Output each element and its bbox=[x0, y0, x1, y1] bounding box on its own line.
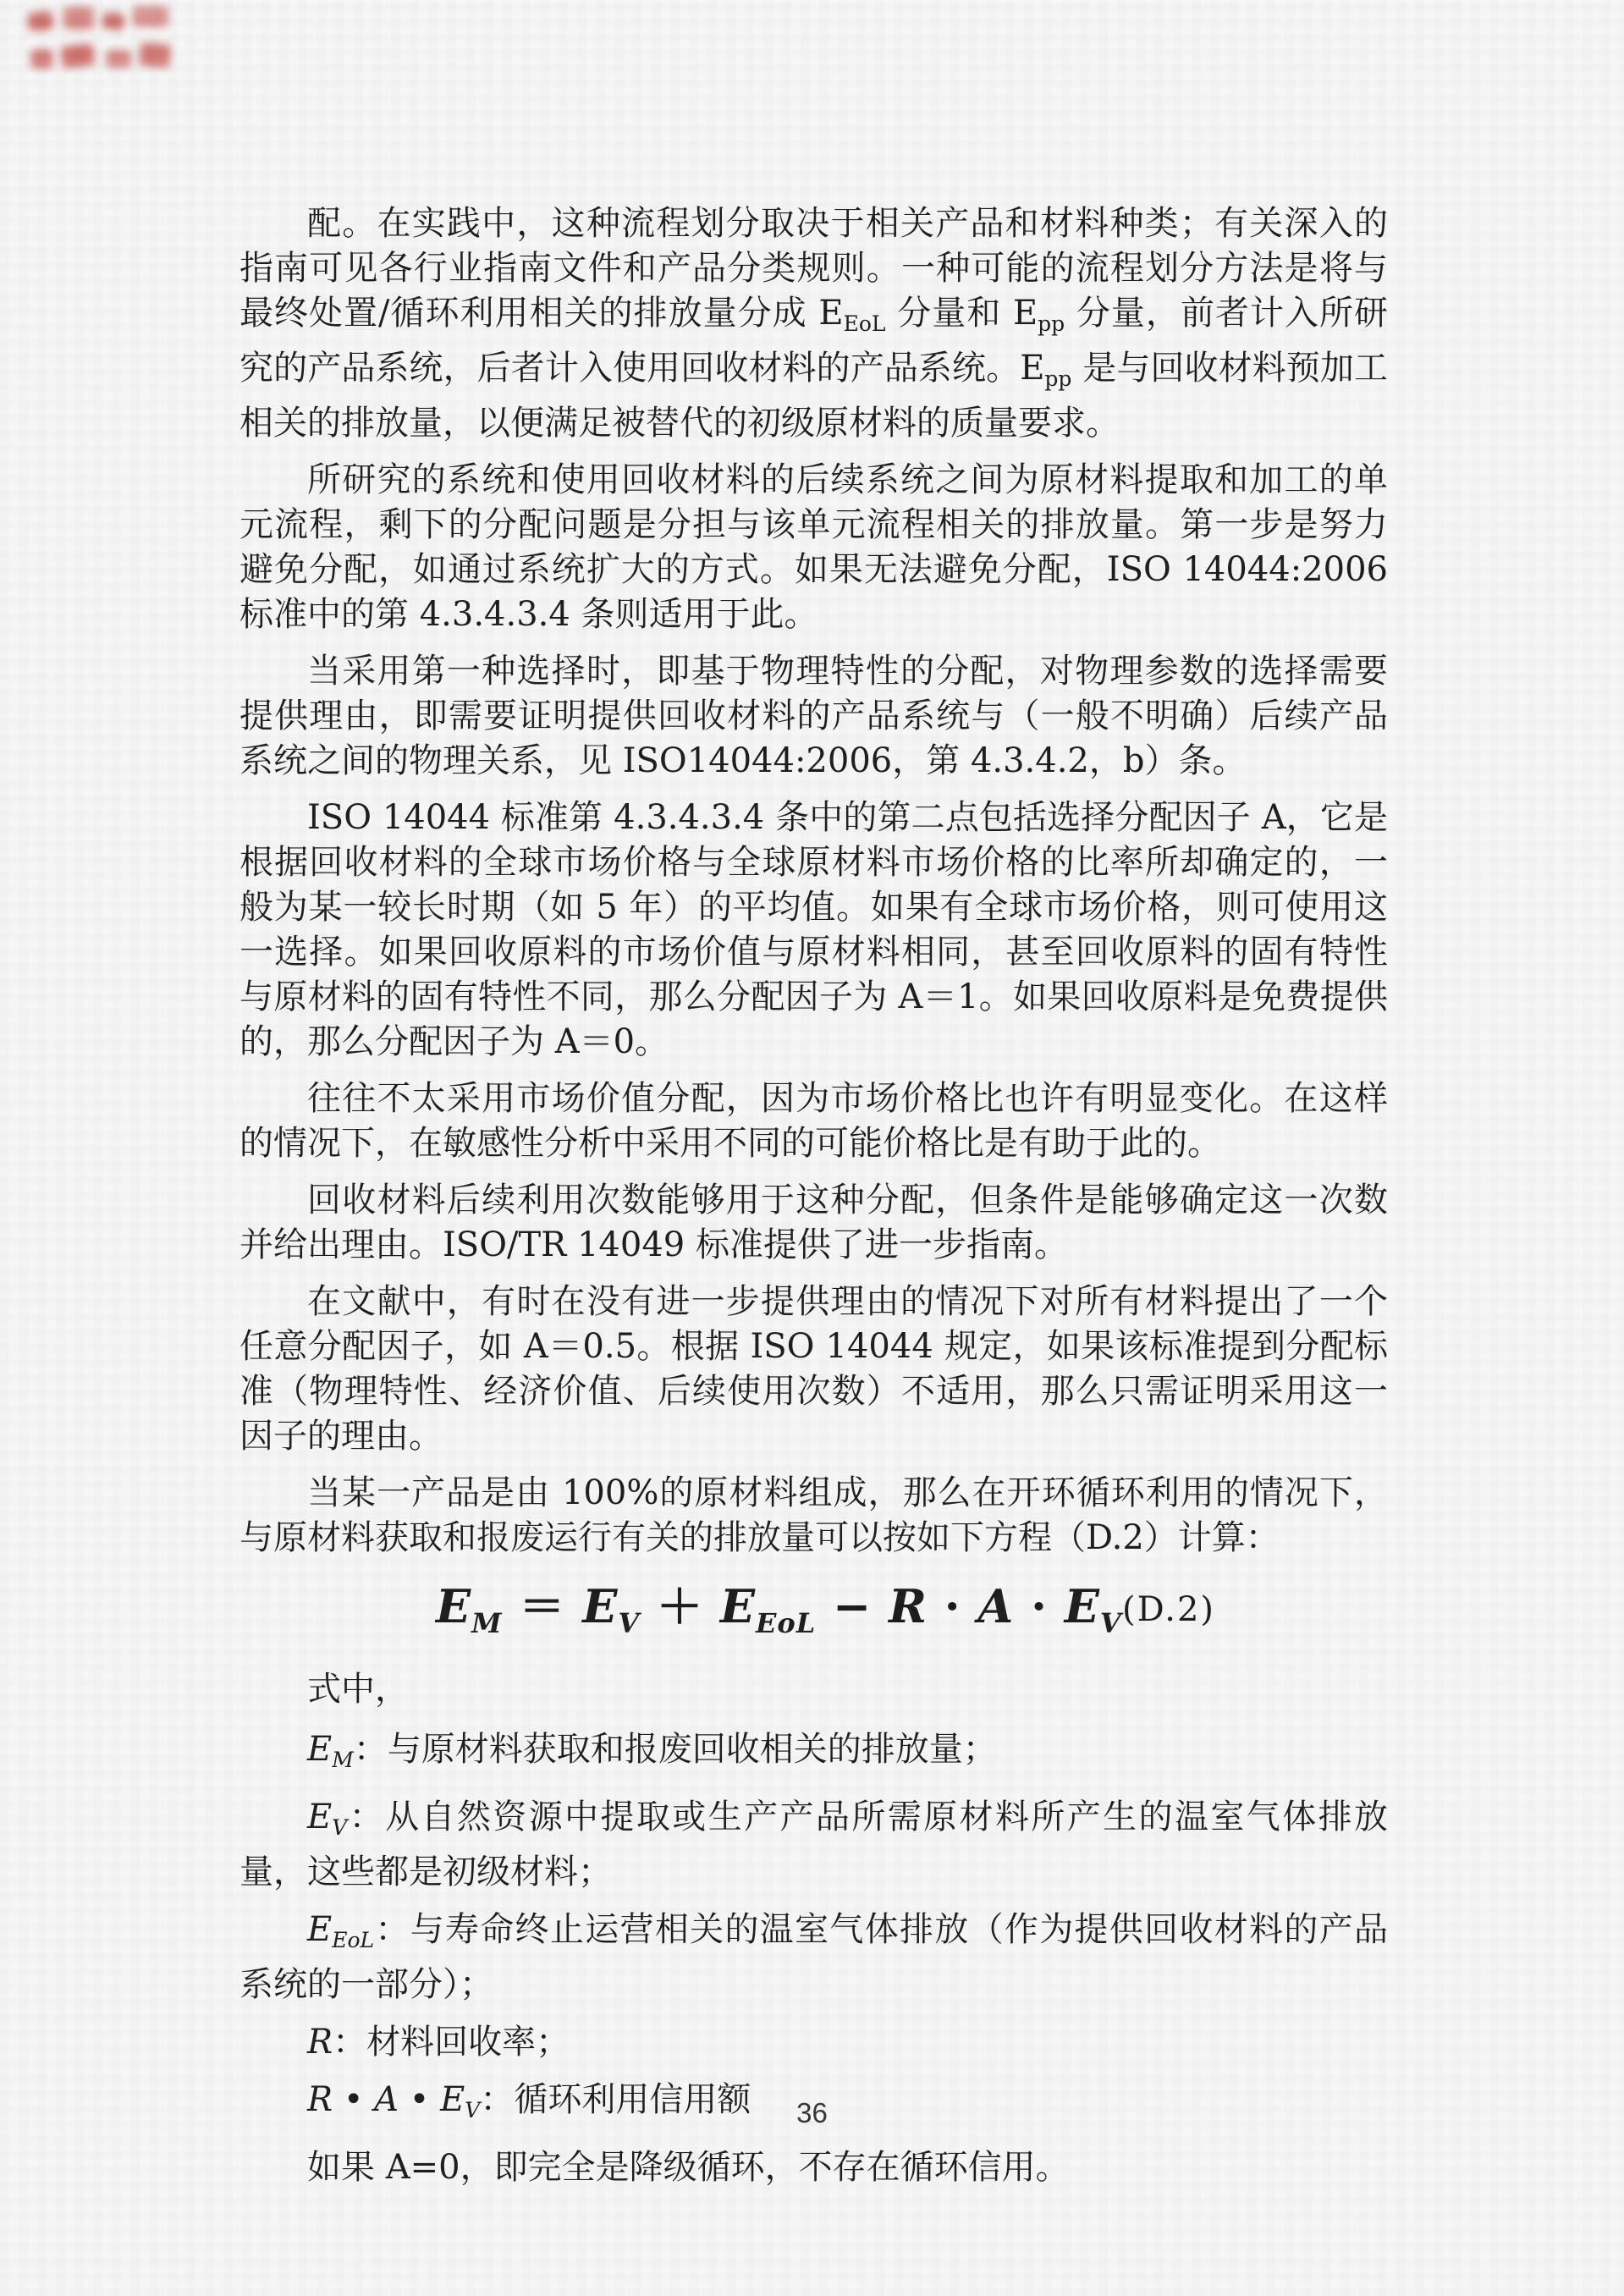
page-content: 配。在实践中，这种流程划分取决于相关产品和材料种类；有关深入的指南可见各行业指南… bbox=[239, 201, 1388, 2203]
paragraph: ISO 14044 标准第 4.3.4.3.4 条中的第二点包括选择分配因子 A… bbox=[239, 796, 1388, 1065]
where-label: 式中， bbox=[239, 1667, 1388, 1712]
paragraph: 回收材料后续利用次数能够用于这种分配，但条件是能够确定这一次数并给出理由。ISO… bbox=[239, 1178, 1388, 1268]
equation-row: EM ＝ EV ＋ EEoL − R · A · EV (D.2) bbox=[239, 1574, 1388, 1645]
red-ink-stamp bbox=[28, 5, 179, 86]
definition-item: EM：与原材料获取和报废回收相关的排放量； bbox=[239, 1727, 1388, 1782]
paragraph: 所研究的系统和使用回收材料的后续系统之间为原材料提取和加工的单元流程，剩下的分配… bbox=[239, 458, 1388, 637]
definition-item: R：材料回收率； bbox=[239, 2020, 1388, 2065]
paragraph: 当采用第一种选择时，即基于物理特性的分配，对物理参数的选择需要提供理由，即需要证… bbox=[239, 649, 1388, 784]
document-page: 配。在实践中，这种流程划分取决于相关产品和材料种类；有关深入的指南可见各行业指南… bbox=[0, 0, 1624, 2296]
paragraph: 往往不太采用市场价值分配，因为市场价格比也许有明显变化。在这样的情况下，在敏感性… bbox=[239, 1076, 1388, 1166]
paragraph: 在文献中，有时在没有进一步提供理由的情况下对所有材料提出了一个任意分配因子，如 … bbox=[239, 1280, 1388, 1459]
body-paragraphs: 配。在实践中，这种流程划分取决于相关产品和材料种类；有关深入的指南可见各行业指南… bbox=[239, 201, 1388, 1561]
definition-item: EEoL：与寿命终止运营相关的温室气体排放（作为提供回收材料的产品系统的一部分）… bbox=[239, 1908, 1388, 2007]
definition-item: 如果 A=0，即完全是降级循环，不存在循环信用。 bbox=[239, 2145, 1388, 2190]
equation: EM ＝ EV ＋ EEoL − R · A · EV bbox=[436, 1583, 1122, 1637]
paragraph: 当某一产品是由 100%的原材料组成，那么在开环循环利用的情况下，与原材料获取和… bbox=[239, 1471, 1388, 1561]
definition-item: EV：从自然资源中提取或生产产品所需原材料所产生的温室气体排放量，这些都是初级材… bbox=[239, 1795, 1388, 1895]
page-number: 36 bbox=[0, 2097, 1624, 2129]
paragraph: 配。在实践中，这种流程划分取决于相关产品和材料种类；有关深入的指南可见各行业指南… bbox=[239, 201, 1388, 446]
equation-label: (D.2) bbox=[1122, 1590, 1215, 1629]
